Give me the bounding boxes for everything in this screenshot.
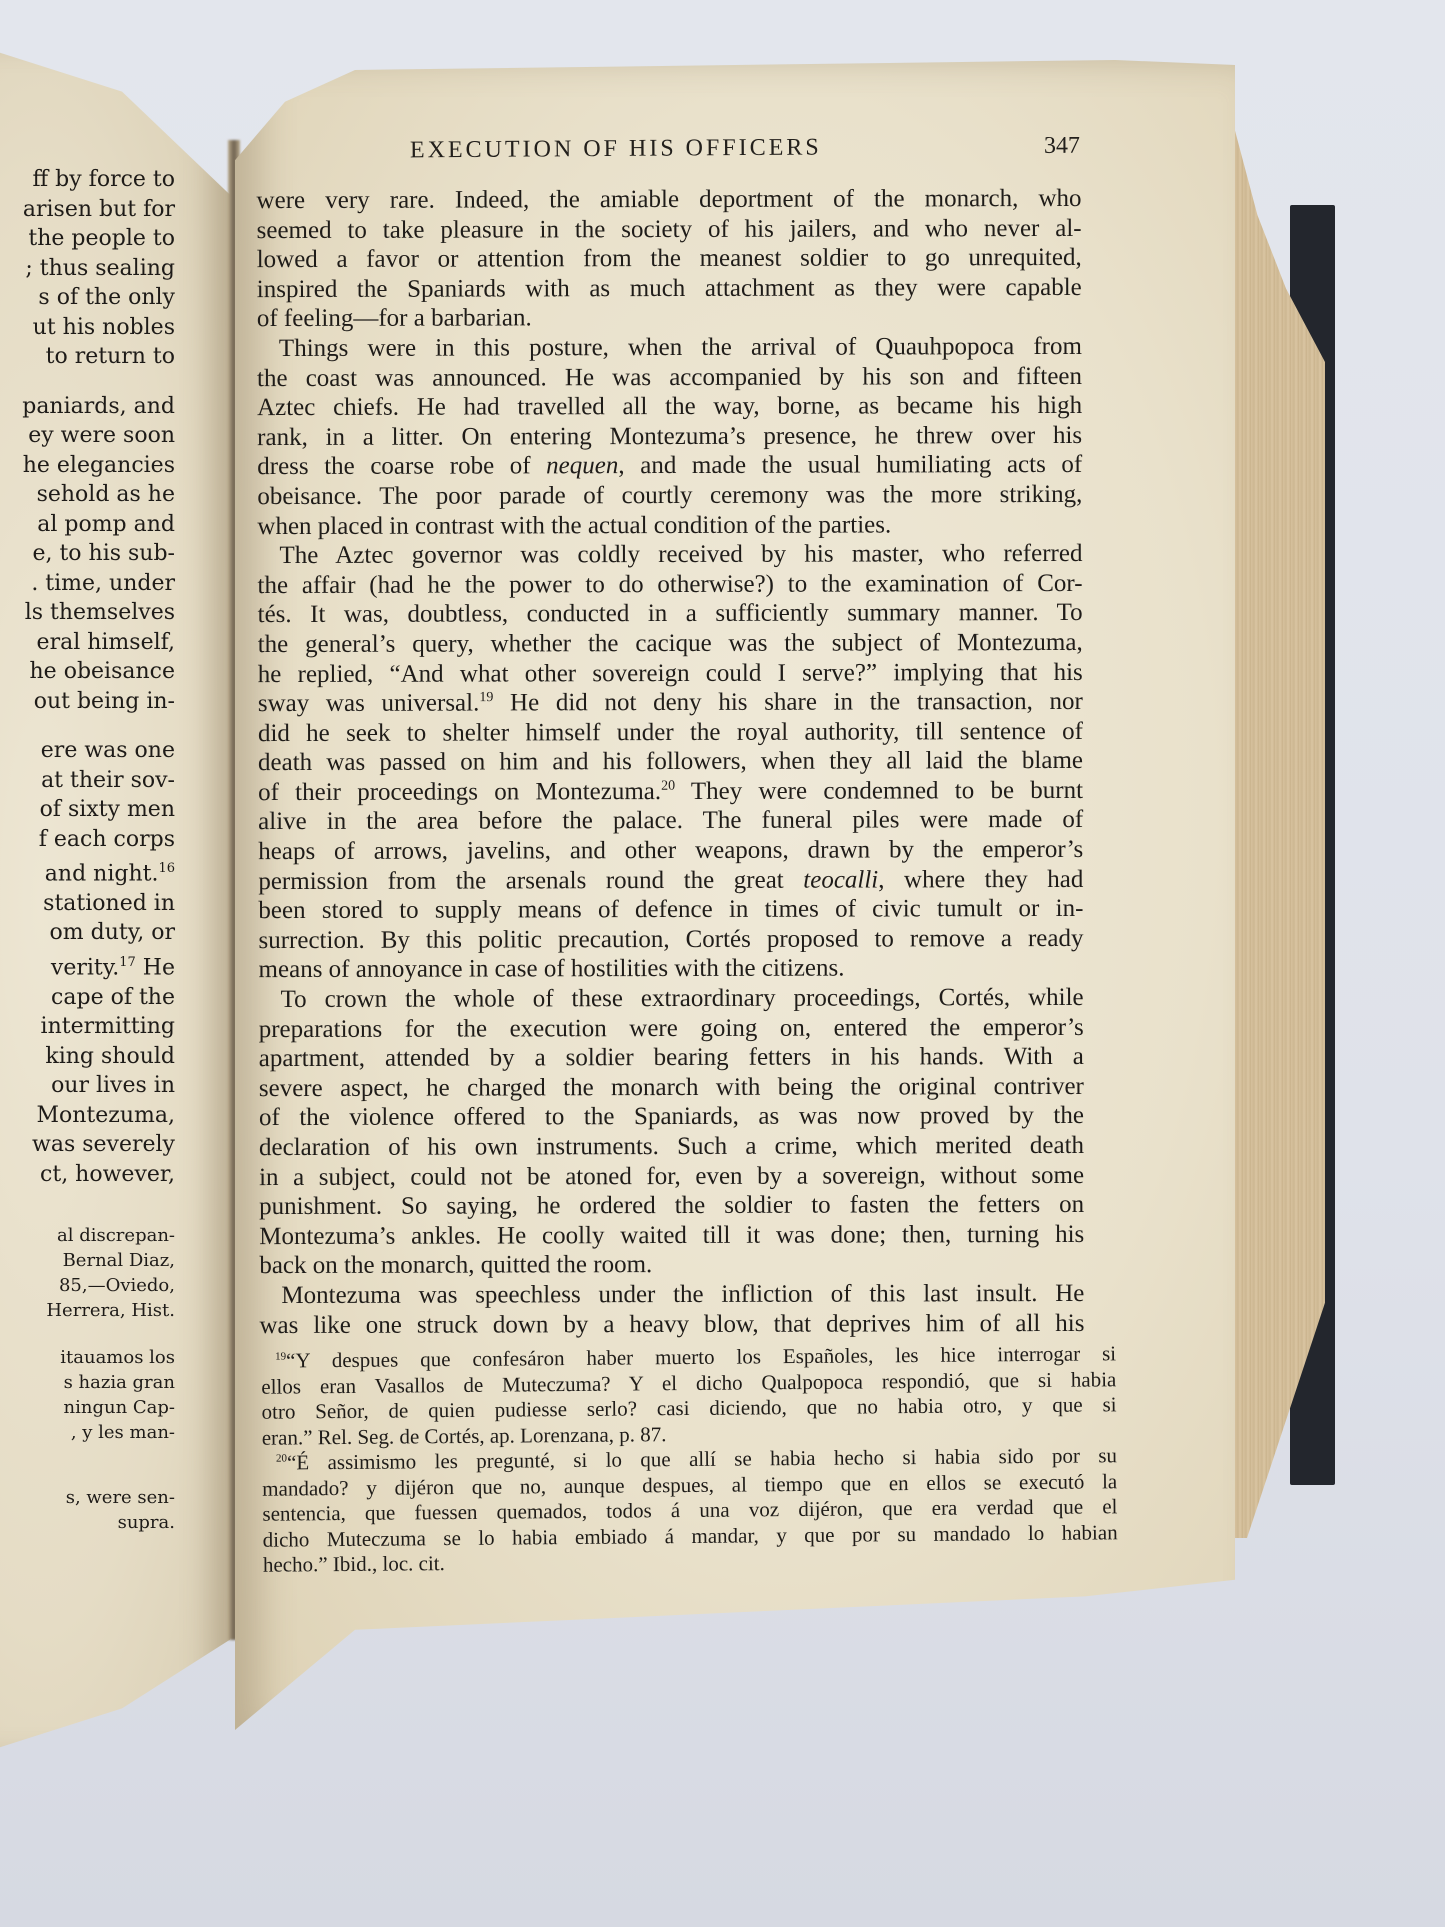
text-line: ey were soon [0, 421, 175, 451]
text-fragment: He did not deny his share in the transac… [493, 688, 1083, 717]
text-line: of sixty men [0, 795, 175, 825]
text-line: the affair (had he the power to do other… [257, 569, 1082, 601]
text-line: permission from the arsenals round the g… [258, 865, 1083, 897]
footnote-line: ningun Cap- [0, 1395, 175, 1420]
text-line: eral himself, [0, 628, 175, 658]
text-fragment: sway was universal. [258, 690, 480, 718]
footnote-line: al discrepan- [0, 1223, 175, 1248]
text-line: were very rare. Indeed, the amiable depo… [256, 184, 1081, 216]
text-line: sehold as he [0, 480, 175, 510]
text-line: the general’s query, whether the cacique… [258, 628, 1083, 660]
text-fragment: dress the coarse robe of [257, 453, 546, 481]
text-line: arisen but for [0, 195, 175, 225]
left-page-text: ff by force to arisen but for the people… [0, 165, 175, 1535]
footnote-line: supra. [0, 1510, 175, 1535]
text-line: death was passed on him and his follower… [258, 746, 1083, 778]
footnote-gap [0, 1323, 175, 1345]
text-fragment: They were condemned to be burnt [675, 777, 1083, 805]
text-line: and night.16 [0, 854, 175, 889]
text-line: he elegancies [0, 451, 175, 481]
text-line: at their sov- [0, 766, 175, 796]
text-line: in a subject, could not be atoned for, e… [259, 1161, 1084, 1193]
text-line: ; thus sealing [0, 254, 175, 284]
text-line: alive in the area before the palace. The… [258, 805, 1083, 837]
text-fragment: and night. [45, 861, 159, 886]
text-line: heaps of arrows, javelins, and other wea… [258, 835, 1083, 867]
footnote-gap [0, 1445, 175, 1485]
text-line: of feeling—for a barbarian. [257, 302, 1082, 334]
text-line: the people to [0, 224, 175, 254]
text-line: f each corps [0, 825, 175, 855]
text-line: he obeisance [0, 657, 175, 687]
text-line: tés. It was, doubtless, conducted in a s… [258, 598, 1083, 630]
text-line: Montezuma’s ankles. He coolly waited til… [259, 1220, 1084, 1252]
footnote-line: itauamos los [0, 1345, 175, 1370]
text-line: preparations for the execution were goin… [259, 1013, 1084, 1045]
footnote-gap [0, 1189, 175, 1223]
text-line: the coast was announced. He was accompan… [257, 361, 1082, 393]
paragraph-gap [0, 716, 175, 736]
text-line: declaration of his own instruments. Such… [259, 1131, 1084, 1163]
text-line: verity.17 He [0, 948, 175, 983]
text-line: of the violence offered to the Spaniards… [259, 1101, 1084, 1133]
italic-term: nequen [546, 452, 618, 479]
footnote-line: Herrera, Hist. [0, 1298, 175, 1323]
text-line: Things were in this posture, when the ar… [257, 332, 1082, 364]
running-head: EXECUTION OF HIS OFFICERS [410, 134, 822, 164]
footnote-line: s, were sen- [0, 1485, 175, 1510]
text-fragment: permission from the arsenals round the g… [258, 866, 803, 894]
text-line: intermitting [0, 1012, 175, 1042]
paragraph-gap [0, 372, 175, 392]
text-line: our lives in [0, 1071, 175, 1101]
text-line: ff by force to [0, 165, 175, 195]
text-line: ct, however, [0, 1160, 175, 1190]
text-line: inspired the Spaniards with as much atta… [257, 273, 1082, 305]
text-line: apartment, attended by a soldier bearing… [259, 1042, 1084, 1074]
text-line: ls themselves [0, 598, 175, 628]
footnote-line: , y les man- [0, 1420, 175, 1445]
text-line: back on the monarch, quitted the room. [259, 1249, 1084, 1281]
footnote-marker: 19 [275, 1351, 286, 1363]
page-number: 347 [1044, 133, 1080, 160]
text-line: was like one struck down by a heavy blow… [259, 1308, 1084, 1340]
text-line: ut his nobles [0, 313, 175, 343]
text-line: To crown the whole of these extraordinar… [259, 983, 1084, 1015]
footnote-line: 85,—Oviedo, [0, 1273, 175, 1298]
footnote-ref-19[interactable]: 19 [479, 690, 493, 705]
text-line: om duty, or [0, 918, 175, 948]
text-fragment: He [136, 955, 175, 980]
text-line: Aztec chiefs. He had travelled all the w… [257, 391, 1082, 423]
text-line: cape of the [0, 983, 175, 1013]
text-line: out being in- [0, 687, 175, 717]
text-line: The Aztec governor was coldly received b… [257, 539, 1082, 571]
footnote-line: s hazia gran [0, 1370, 175, 1395]
text-line: was severely [0, 1130, 175, 1160]
text-line: Montezuma, [0, 1101, 175, 1131]
body-text: were very rare. Indeed, the amiable depo… [256, 184, 1084, 1340]
footnote-ref-16: 16 [158, 861, 175, 876]
text-line: sway was universal.19 He did not deny hi… [258, 687, 1083, 719]
text-line: when placed in contrast with the actual … [257, 509, 1082, 541]
text-line: s of the only [0, 283, 175, 313]
text-line: e, to his sub- [0, 539, 175, 569]
text-line: he replied, “And what other sovereign co… [258, 657, 1083, 689]
text-line: means of annoyance in case of hostilitie… [259, 953, 1084, 985]
text-line: did he seek to shelter himself under the… [258, 717, 1083, 749]
text-line: severe aspect, he charged the monarch wi… [259, 1072, 1084, 1104]
text-line: lowed a favor or attention from the mean… [257, 243, 1082, 275]
text-line: surrection. By this politic precaution, … [258, 924, 1083, 956]
text-fragment: , and made the usual humiliating acts of [618, 451, 1082, 479]
text-line: paniards, and [0, 392, 175, 422]
text-line: stationed in [0, 889, 175, 919]
footnote-ref-17: 17 [119, 955, 136, 970]
text-fragment: , where they had [878, 866, 1083, 894]
text-line: seemed to take pleasure in the society o… [257, 214, 1082, 246]
text-line: . time, under [0, 569, 175, 599]
footnote-marker: 20 [276, 1453, 287, 1465]
text-line: rank, in a litter. On entering Montezuma… [257, 421, 1082, 453]
footnote-ref-20[interactable]: 20 [661, 779, 675, 794]
footnote-line: Bernal Diaz, [0, 1248, 175, 1273]
text-line: ere was one [0, 736, 175, 766]
page-header: EXECUTION OF HIS OFFICERS 347 [410, 133, 1080, 172]
photo-scene: ff by force to arisen but for the people… [0, 0, 1445, 1927]
text-line: been stored to supply means of defence i… [258, 894, 1083, 926]
text-line: to return to [0, 342, 175, 372]
text-line: of their proceedings on Montezuma.20 The… [258, 776, 1083, 808]
text-line: Montezuma was speechless under the infli… [259, 1279, 1084, 1311]
text-line: dress the coarse robe of nequen, and mad… [257, 450, 1082, 482]
text-line: punishment. So saying, he ordered the so… [259, 1190, 1084, 1222]
text-line: king should [0, 1042, 175, 1072]
text-fragment: verity. [51, 955, 119, 980]
text-line: obeisance. The poor parade of courtly ce… [257, 480, 1082, 512]
text-fragment: of their proceedings on Montezuma. [258, 778, 661, 806]
footnotes: 19“Y despues que confesáron haber muerto… [261, 1341, 1118, 1578]
text-line: al pomp and [0, 510, 175, 540]
italic-term: teocalli [803, 866, 878, 893]
